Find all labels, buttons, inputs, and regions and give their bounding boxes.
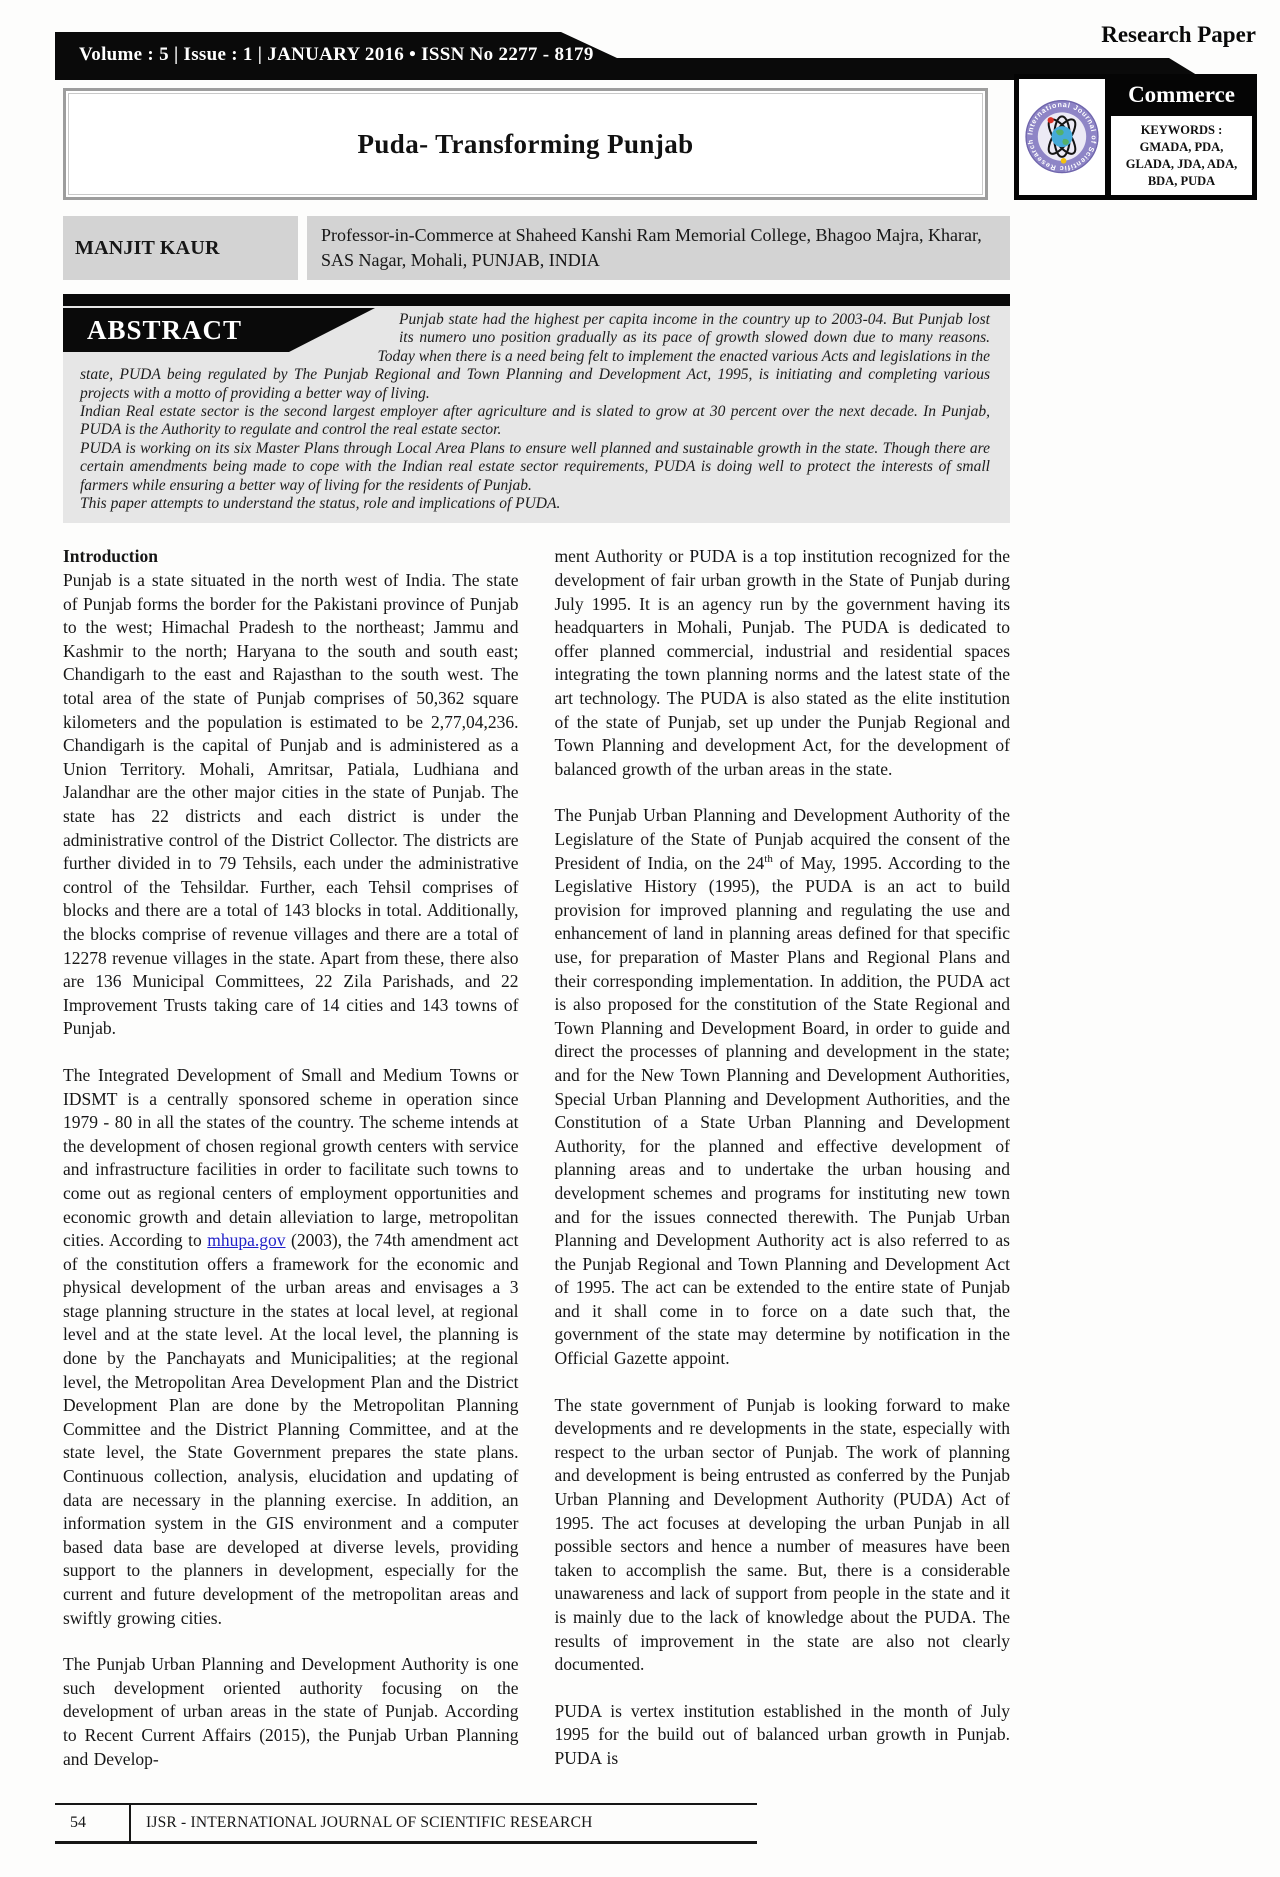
category-label: Commerce xyxy=(1111,79,1252,111)
body-paragraph: The Integrated Development of Small and … xyxy=(63,1064,519,1630)
body-paragraph: PUDA is vertex institution established i… xyxy=(555,1700,1011,1771)
yellow-dot-icon xyxy=(1061,158,1067,164)
author-row: MANJIT KAUR Professor-in-Commerce at Sha… xyxy=(63,216,1010,280)
mhupa-gov-link[interactable]: mhupa.gov xyxy=(207,1230,285,1250)
ordinal-superscript: th xyxy=(764,853,773,865)
volume-issue-line: Volume : 5 | Issue : 1 | JANUARY 2016 • … xyxy=(79,32,594,80)
author-affiliation: Professor-in-Commerce at Shaheed Kanshi … xyxy=(321,225,982,270)
body-paragraph: The Punjab Urban Planning and Developmen… xyxy=(555,804,1011,1370)
abstract-body: ABSTRACT Punjab state had the highest pe… xyxy=(63,306,1010,523)
abstract-section: ABSTRACT Punjab state had the highest pe… xyxy=(63,294,1010,523)
globe-icon xyxy=(1051,126,1072,147)
research-paper-label: Research Paper xyxy=(1101,22,1256,48)
paragraph-text: (2003), the 74th amendment act of the co… xyxy=(63,1230,519,1628)
page-footer: 54 IJSR - INTERNATIONAL JOURNAL OF SCIEN… xyxy=(55,1803,757,1844)
category-keywords-box: International Journal of Scientific Rese… xyxy=(1014,74,1257,200)
title-box: Puda- Transforming Punjab xyxy=(63,88,988,200)
abstract-paragraph: Indian Real estate sector is the second … xyxy=(80,403,990,440)
journal-logo: International Journal of Scientific Rese… xyxy=(1019,79,1105,195)
left-column: Introduction Punjab is a state situated … xyxy=(63,545,519,1771)
body-paragraph: ment Authority or PUDA is a top institut… xyxy=(555,545,1011,781)
author-name-box: MANJIT KAUR xyxy=(63,216,298,280)
journal-page: Volume : 5 | Issue : 1 | JANUARY 2016 • … xyxy=(0,0,1280,1877)
section-heading-introduction: Introduction xyxy=(63,545,519,569)
abstract-paragraph: This paper attempts to understand the st… xyxy=(80,495,990,513)
author-name: MANJIT KAUR xyxy=(75,237,220,260)
body-paragraph: The Punjab Urban Planning and Developmen… xyxy=(63,1653,519,1771)
keywords-box: KEYWORDS : GMADA, PDA, GLADA, JDA, ADA, … xyxy=(1111,116,1252,195)
body-paragraph: The state government of Punjab is lookin… xyxy=(555,1394,1011,1677)
keywords-label: KEYWORDS : xyxy=(1141,123,1223,137)
abstract-top-bar xyxy=(63,294,1010,306)
author-affiliation-box: Professor-in-Commerce at Shaheed Kanshi … xyxy=(307,216,1010,280)
paragraph-text: The Integrated Development of Small and … xyxy=(63,1065,519,1250)
right-column: ment Authority or PUDA is a top institut… xyxy=(555,545,1011,1771)
page-number: 54 xyxy=(55,1805,129,1841)
paragraph-text: of May, 1995. According to the Legislati… xyxy=(555,853,1011,1368)
abstract-paragraph: PUDA is working on its six Master Plans … xyxy=(80,440,990,495)
journal-name: IJSR - INTERNATIONAL JOURNAL OF SCIENTIF… xyxy=(131,1805,593,1841)
volume-ribbon: Volume : 5 | Issue : 1 | JANUARY 2016 • … xyxy=(55,32,1205,80)
body-columns: Introduction Punjab is a state situated … xyxy=(63,545,1010,1771)
journal-logo-icon: International Journal of Scientific Rese… xyxy=(1023,81,1101,193)
page-title: Puda- Transforming Punjab xyxy=(357,129,693,160)
keywords-list: GMADA, PDA, GLADA, JDA, ADA, BDA, PUDA xyxy=(1126,140,1237,188)
page-content: MANJIT KAUR Professor-in-Commerce at Sha… xyxy=(63,216,1010,1771)
body-paragraph: Punjab is a state situated in the north … xyxy=(63,569,519,1041)
red-dot-icon xyxy=(1048,117,1054,123)
